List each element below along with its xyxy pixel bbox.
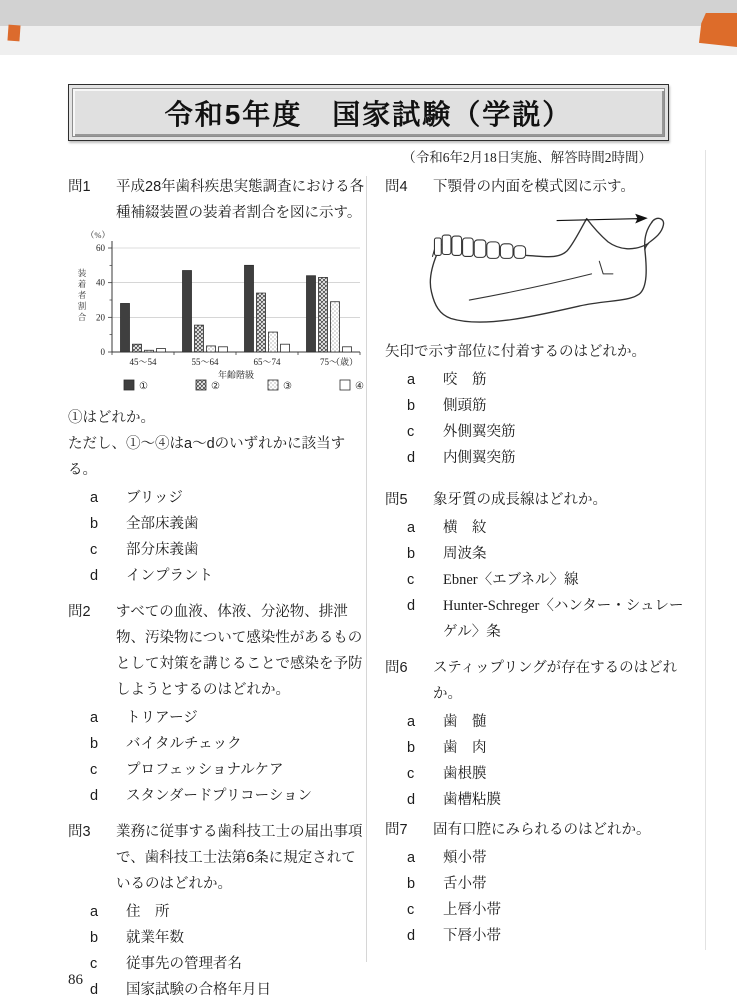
mandible-figure bbox=[409, 206, 691, 339]
svg-text:装: 装 bbox=[78, 268, 87, 278]
page-number: 86 bbox=[68, 972, 83, 989]
option-b: b周波条 bbox=[385, 541, 691, 567]
question-5-options: a横 紋 b周波条 cEbner〈エブネル〉線 dHunter-Schreger… bbox=[385, 515, 691, 645]
question-1-stem: ①はどれか。 bbox=[68, 405, 368, 431]
svg-text:④: ④ bbox=[355, 381, 364, 392]
exam-date-note: （令和6年2月18日実施、解答時間2時間） bbox=[300, 146, 652, 166]
svg-text:45～54: 45～54 bbox=[129, 357, 157, 367]
question-7: 問7 固有口腔にみられるのはどれか。 bbox=[385, 817, 691, 843]
question-3: 問3 業務に従事する歯科技工士の届出事項で、歯科技工士法第6条に規定されているの… bbox=[68, 819, 368, 897]
lingula-mark bbox=[599, 261, 613, 274]
right-column: 問4 下顎骨の内面を模式図に示す。 bbox=[385, 174, 691, 949]
option-c: c外側翼突筋 bbox=[385, 419, 691, 445]
option-b: b側頭筋 bbox=[385, 393, 691, 419]
question-4: 問4 下顎骨の内面を模式図に示す。 bbox=[385, 174, 691, 200]
option-d: d歯槽粘膜 bbox=[385, 787, 691, 813]
question-5: 問5 象牙質の成長線はどれか。 bbox=[385, 487, 691, 513]
svg-text:割: 割 bbox=[78, 301, 87, 311]
option-a: a頰小帯 bbox=[385, 845, 691, 871]
svg-text:40: 40 bbox=[96, 278, 106, 288]
question-number: 問4 bbox=[385, 174, 433, 200]
chart-figure: 0204060（%）装着者割合45～5455～6465～7475～（歳）年齢階級… bbox=[68, 228, 368, 405]
question-number: 問7 bbox=[385, 817, 433, 843]
option-c: cプロフェッショナルケア bbox=[68, 757, 368, 783]
svg-text:③: ③ bbox=[283, 381, 292, 392]
question-number: 問5 bbox=[385, 487, 433, 513]
question-number: 問6 bbox=[385, 655, 433, 707]
prosthesis-wearer-bar-chart: 0204060（%）装着者割合45～5455～6465～7475～（歳）年齢階級… bbox=[68, 228, 370, 400]
mylohyoid-line bbox=[469, 274, 591, 300]
option-d: dインプラント bbox=[68, 563, 368, 589]
question-6-options: a歯 髄 b歯 肉 c歯根膜 d歯槽粘膜 bbox=[385, 709, 691, 813]
question-text: 固有口腔にみられるのはどれか。 bbox=[433, 817, 691, 843]
option-a: a歯 髄 bbox=[385, 709, 691, 735]
option-d: dHunter-Schreger〈ハンター・シュレーゲル〉条 bbox=[385, 593, 691, 645]
option-b: b全部床義歯 bbox=[68, 511, 368, 537]
option-b: b歯 肉 bbox=[385, 735, 691, 761]
question-2-options: aトリアージ bバイタルチェック cプロフェッショナルケア dスタンダードプリコ… bbox=[68, 705, 368, 809]
exam-title-panel: 令和5年度 国家試験（学説） bbox=[72, 88, 665, 137]
question-text: 象牙質の成長線はどれか。 bbox=[433, 487, 691, 513]
option-b: b就業年数 bbox=[68, 925, 368, 951]
question-text: すべての血液、体液、分泌物、排泄物、汚染物について感染性があるものとして対策を講… bbox=[116, 599, 368, 703]
question-text: 平成28年歯科疾患実態調査における各種補綴装置の装着者割合を図に示す。 bbox=[116, 174, 368, 226]
question-2: 問2 すべての血液、体液、分泌物、排泄物、汚染物について感染性があるものとして対… bbox=[68, 599, 368, 703]
teeth-row bbox=[434, 235, 525, 258]
svg-text:20: 20 bbox=[96, 312, 106, 322]
exam-title-banner: 令和5年度 国家試験（学説） bbox=[68, 84, 669, 141]
book-cover-corner-left bbox=[7, 25, 20, 42]
svg-text:60: 60 bbox=[96, 243, 106, 253]
option-c: c従事先の管理者名 bbox=[68, 951, 368, 977]
option-c: c部分床義歯 bbox=[68, 537, 368, 563]
mandible-outline bbox=[430, 222, 651, 322]
question-1-options: aブリッジ b全部床義歯 c部分床義歯 dインプラント bbox=[68, 485, 368, 589]
svg-text:（%）: （%） bbox=[86, 230, 110, 240]
question-text: 業務に従事する歯科技工士の届出事項で、歯科技工士法第6条に規定されているのはどれ… bbox=[116, 819, 368, 897]
svg-text:合: 合 bbox=[78, 312, 87, 322]
question-6: 問6 スティップリングが存在するのはどれか。 bbox=[385, 655, 691, 707]
option-c: cEbner〈エブネル〉線 bbox=[385, 567, 691, 593]
question-1-note: ただし、①～④はa～dのいずれかに該当する。 bbox=[68, 431, 368, 483]
option-c: c歯根膜 bbox=[385, 761, 691, 787]
question-text: スティップリングが存在するのはどれか。 bbox=[433, 655, 691, 707]
page-fold-line-right bbox=[705, 150, 706, 950]
arrow-annotation bbox=[557, 214, 648, 224]
option-a: a住 所 bbox=[68, 899, 368, 925]
svg-text:②: ② bbox=[211, 381, 220, 392]
svg-text:者: 者 bbox=[78, 290, 87, 300]
svg-text:0: 0 bbox=[101, 347, 106, 357]
question-number: 問2 bbox=[68, 599, 116, 703]
mandible-diagram bbox=[409, 206, 681, 334]
svg-text:年齢階級: 年齢階級 bbox=[218, 369, 254, 380]
option-d: d国家試験の合格年月日 bbox=[68, 977, 368, 1000]
svg-text:65～74: 65～74 bbox=[253, 357, 281, 367]
svg-text:55～64: 55～64 bbox=[191, 357, 219, 367]
exam-page: 令和5年度 国家試験（学説） （令和6年2月18日実施、解答時間2時間） 問1 … bbox=[0, 0, 737, 1000]
left-column: 問1 平成28年歯科疾患実態調査における各種補綴装置の装着者割合を図に示す。 0… bbox=[68, 174, 368, 1000]
page-title: 令和5年度 国家試験（学説） bbox=[165, 93, 573, 133]
question-4-stem: 矢印で示す部位に付着するのはどれか。 bbox=[385, 339, 691, 365]
option-a: aトリアージ bbox=[68, 705, 368, 731]
coronoid-and-notch bbox=[527, 219, 648, 257]
option-b: b舌小帯 bbox=[385, 871, 691, 897]
svg-text:（歳）: （歳） bbox=[331, 356, 358, 367]
option-a: a横 紋 bbox=[385, 515, 691, 541]
option-d: dスタンダードプリコーション bbox=[68, 783, 368, 809]
photo-background-band bbox=[0, 0, 737, 26]
photo-background-band-light bbox=[0, 26, 737, 55]
svg-text:①: ① bbox=[139, 381, 148, 392]
option-d: d内側翼突筋 bbox=[385, 445, 691, 471]
question-3-options: a住 所 b就業年数 c従事先の管理者名 d国家試験の合格年月日 bbox=[68, 899, 368, 1000]
question-number: 問3 bbox=[68, 819, 116, 897]
option-a: a咬 筋 bbox=[385, 367, 691, 393]
question-1: 問1 平成28年歯科疾患実態調査における各種補綴装置の装着者割合を図に示す。 bbox=[68, 174, 368, 226]
book-cover-corner-right bbox=[699, 13, 737, 47]
option-d: d下唇小帯 bbox=[385, 923, 691, 949]
option-b: bバイタルチェック bbox=[68, 731, 368, 757]
svg-text:着: 着 bbox=[78, 279, 87, 289]
question-7-options: a頰小帯 b舌小帯 c上唇小帯 d下唇小帯 bbox=[385, 845, 691, 949]
option-c: c上唇小帯 bbox=[385, 897, 691, 923]
question-text: 下顎骨の内面を模式図に示す。 bbox=[433, 174, 691, 200]
question-4-options: a咬 筋 b側頭筋 c外側翼突筋 d内側翼突筋 bbox=[385, 367, 691, 471]
condyle-head bbox=[645, 218, 664, 249]
question-number: 問1 bbox=[68, 174, 116, 226]
option-a: aブリッジ bbox=[68, 485, 368, 511]
